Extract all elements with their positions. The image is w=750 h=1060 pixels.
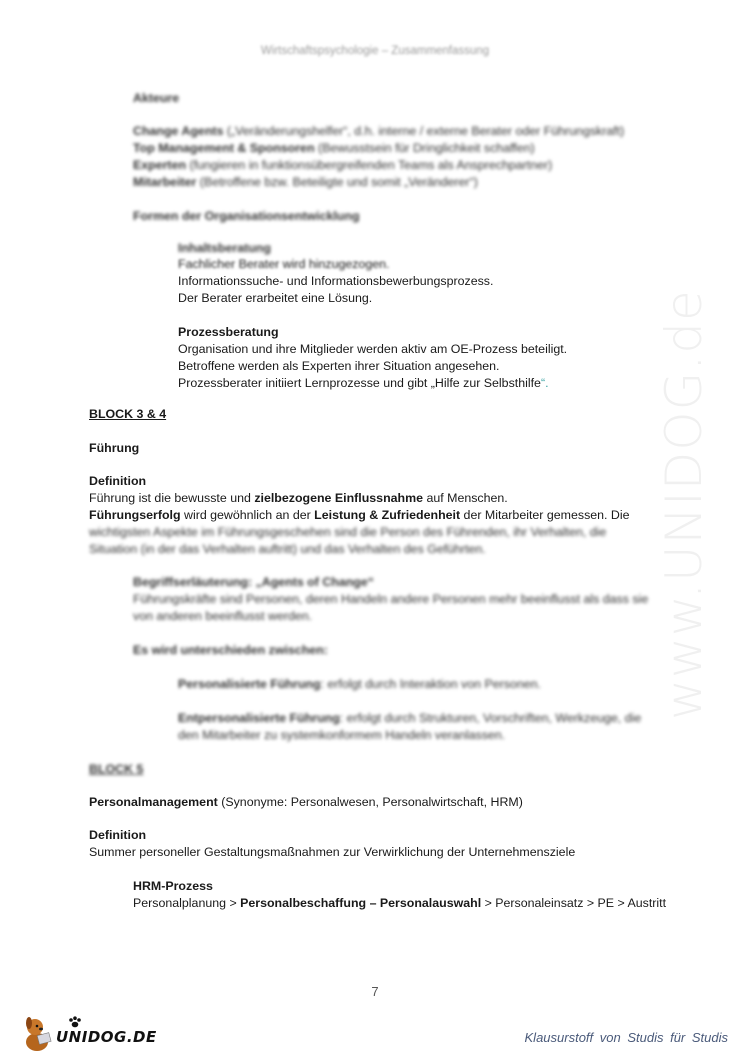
prozessberatung-line: Betroffene werden als Experten ihrer Sit…: [178, 358, 499, 375]
agents-line: von anderen beeinflusst werden.: [133, 608, 312, 625]
fuehrung-heading: Führung: [89, 440, 139, 457]
akteure-item: Experten (fungieren in funktionsübergrei…: [133, 157, 552, 174]
akteure-item: Mitarbeiter (Betroffene bzw. Beteiligte …: [133, 174, 478, 191]
akteure-desc: (Bewusstsein für Dringlichkeit schaffen): [315, 141, 535, 155]
akteure-desc: (Betroffene bzw. Beteiligte und somit „V…: [196, 175, 477, 189]
text-bold: Leistung & Zufriedenheit: [314, 508, 460, 522]
desc: : erfolgt durch Interaktion von Personen…: [321, 677, 541, 691]
hrm-process: Personalplanung > Personalbeschaffung – …: [133, 895, 666, 912]
hrm-title: HRM-Prozess: [133, 878, 213, 895]
formen-heading: Formen der Organisationsentwicklung: [133, 208, 360, 225]
inhaltsberatung-line: Informationssuche- und Informationsbewer…: [178, 273, 493, 290]
agents-line: Führungskräfte sind Personen, deren Hand…: [133, 591, 648, 608]
desc: : erfolgt durch Strukturen, Vorschriften…: [340, 711, 641, 725]
text: Personalplanung >: [133, 896, 240, 910]
akteure-heading: Akteure: [133, 90, 179, 107]
akteure-item: Change Agents („Veränderungshelfer“, d.h…: [133, 123, 624, 140]
definition-line: Führungserfolg wird gewöhnlich an der Le…: [89, 507, 630, 524]
text-bold: Führungserfolg: [89, 508, 181, 522]
logo-text: UNIDOG.DE: [56, 1028, 157, 1046]
text: Führung ist die bewusste und: [89, 491, 254, 505]
personalmanagement-line: Personalmanagement (Synonyme: Personalwe…: [89, 794, 523, 811]
akteure-item: Top Management & Sponsoren (Bewusstsein …: [133, 140, 535, 157]
text: wird gewöhnlich an der: [181, 508, 315, 522]
text: auf Menschen.: [423, 491, 508, 505]
text-bold: Personalbeschaffung – Personalauswahl: [240, 896, 481, 910]
text-bold: zielbezogene Einflussnahme: [254, 491, 423, 505]
text: > Personaleinsatz > PE > Austritt: [481, 896, 666, 910]
page-number: 7: [0, 984, 750, 999]
unterschieden-label: Es wird unterschieden zwischen:: [133, 642, 328, 659]
prozessberatung-text: Prozessberater initiiert Lernprozesse un…: [178, 376, 541, 390]
closing-quote: “.: [541, 376, 549, 390]
prozessberatung-line: Organisation und ihre Mitglieder werden …: [178, 341, 567, 358]
definition-line: Führung ist die bewusste und zielbezogen…: [89, 490, 508, 507]
text-bold: Personalmanagement: [89, 795, 218, 809]
paw-icon: [68, 1016, 82, 1028]
block-5-heading: BLOCK 5: [89, 761, 143, 778]
prozessberatung-title: Prozessberatung: [178, 324, 279, 341]
dog-icon: [22, 1014, 52, 1052]
definition-label: Definition: [89, 827, 146, 844]
inhaltsberatung-line: Fachlicher Berater wird hinzugezogen.: [178, 256, 389, 273]
unidog-logo[interactable]: UNIDOG.DE: [22, 1012, 157, 1052]
document-page: www.UNIDOG.de Wirtschaftspsychologie – Z…: [0, 0, 750, 1060]
blurred-line: Situation (in der das Verhalten auftritt…: [89, 541, 486, 558]
watermark: www.UNIDOG.de: [655, 289, 713, 720]
tagline: Klausurstoff von Studis für Studis: [525, 1030, 728, 1045]
personalisierte-fuehrung: Personalisierte Führung: erfolgt durch I…: [178, 676, 541, 693]
akteure-desc: (fungieren in funktionsübergreifenden Te…: [186, 158, 552, 172]
agents-title: Begriffserläuterung: „Agents of Change“: [133, 574, 374, 591]
akteure-term: Mitarbeiter: [133, 175, 196, 189]
inhaltsberatung-title: Inhaltsberatung: [178, 240, 271, 257]
prozessberatung-line: Prozessberater initiiert Lernprozesse un…: [178, 375, 549, 392]
text: (Synonyme: Personalwesen, Personalwirtsc…: [218, 795, 523, 809]
entpersonalisierte-line2: den Mitarbeiter zu systemkonformem Hande…: [178, 727, 505, 744]
akteure-term: Experten: [133, 158, 186, 172]
definition-text: Summer personeller Gestaltungsmaßnahmen …: [89, 844, 575, 861]
term: Personalisierte Führung: [178, 677, 321, 691]
text: der Mitarbeiter gemessen. Die: [460, 508, 629, 522]
term: Entpersonalisierte Führung: [178, 711, 340, 725]
definition-label: Definition: [89, 473, 146, 490]
blurred-line: wichtigsten Aspekte im Führungsgeschehen…: [89, 524, 606, 541]
page-header: Wirtschaftspsychologie – Zusammenfassung: [0, 45, 750, 57]
akteure-desc: („Veränderungshelfer“, d.h. interne / ex…: [223, 124, 624, 138]
inhaltsberatung-line: Der Berater erarbeitet eine Lösung.: [178, 290, 372, 307]
entpersonalisierte-fuehrung: Entpersonalisierte Führung: erfolgt durc…: [178, 710, 641, 727]
akteure-term: Top Management & Sponsoren: [133, 141, 315, 155]
akteure-term: Change Agents: [133, 124, 223, 138]
block-3-4-heading: BLOCK 3 & 4: [89, 406, 166, 423]
